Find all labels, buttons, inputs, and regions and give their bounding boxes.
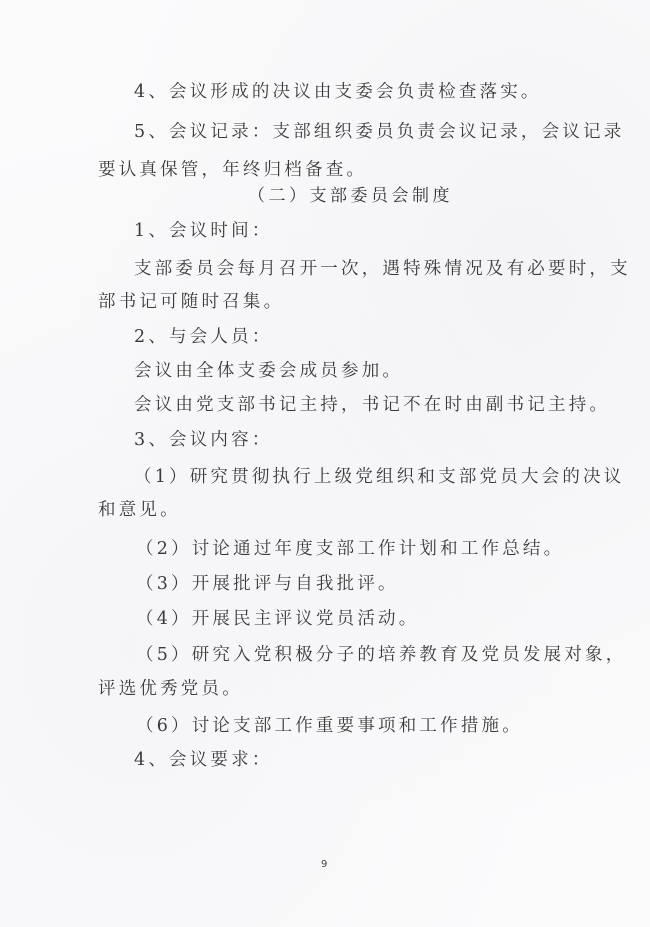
sub-1-body-line-a: 支部委员会每月召开一次，遇特殊情况及有必要时，支 [134, 257, 631, 281]
sub-3-item-4: （4）开展民主评议党员活动。 [136, 607, 419, 631]
sub-3-title: 3、会议内容： [134, 428, 273, 452]
section-heading: （二）支部委员会制度 [248, 184, 453, 208]
page-number: 9 [321, 859, 327, 870]
sub-3-item-5-line-a: （5）研究入党积极分子的培养教育及党员发展对象， [136, 643, 626, 667]
sub-1-body-line-b: 部书记可随时召集。 [98, 290, 284, 314]
sub-3-item-2: （2）讨论通过年度支部工作计划和工作总结。 [136, 537, 564, 561]
sub-3-item-1-line-a: （1）研究贯彻执行上级党组织和支部党员大会的决议 [134, 465, 624, 489]
sub-1-title: 1、会议时间： [134, 219, 273, 243]
sub-2-title: 2、与会人员： [134, 325, 273, 349]
sub-3-item-5-line-b: 评选优秀党员。 [98, 677, 243, 701]
sub-3-item-6: （6）讨论支部工作重要事项和工作措施。 [136, 714, 523, 738]
document-page: 4、会议形成的决议由支委会负责检查落实。 5、会议记录：支部组织委员负责会议记录… [0, 0, 650, 927]
item-5-records-line-b: 要认真保管，年终归档备查。 [98, 158, 367, 182]
item-5-records-line-a: 5、会议记录：支部组织委员负责会议记录，会议记录 [134, 120, 624, 144]
sub-3-item-1-line-b: 和意见。 [98, 498, 181, 522]
sub-4-title: 4、会议要求： [134, 748, 273, 772]
item-4-resolution-line: 4、会议形成的决议由支委会负责检查落实。 [134, 80, 542, 104]
sub-2-body-line-b: 会议由党支部书记主持，书记不在时由副书记主持。 [134, 393, 610, 417]
sub-3-item-3: （3）开展批评与自我批评。 [136, 572, 399, 596]
sub-2-body-line-a: 会议由全体支委会成员参加。 [134, 359, 403, 383]
